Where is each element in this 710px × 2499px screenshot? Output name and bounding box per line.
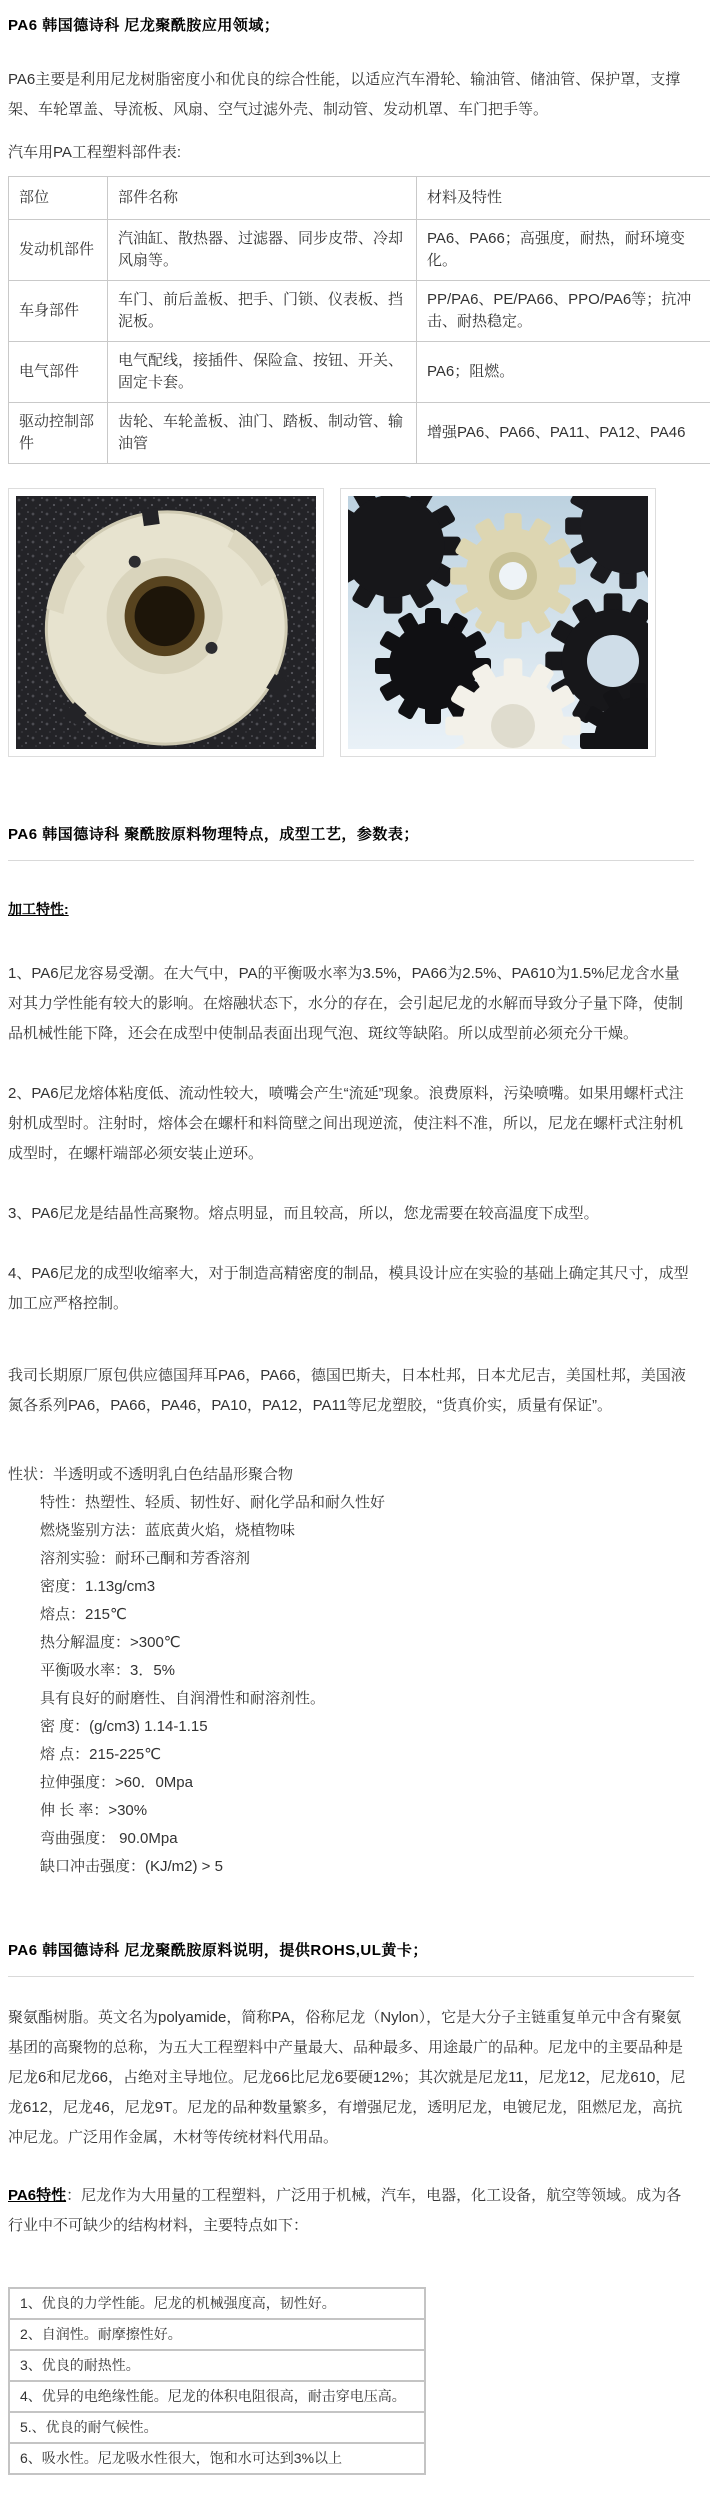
- processing-paragraph: 4、PA6尼龙的成型收缩率大，对于制造高精密度的制品，模具设计应在实验的基础上确…: [8, 1259, 694, 1319]
- product-photos: [8, 488, 694, 757]
- cell-name: 车门、前后盖板、把手、门锁、仪表板、挡泥板。: [108, 281, 417, 342]
- features-intro-text: ：尼龙作为大用量的工程塑料，广泛用于机械，汽车，电器，化工设备，航空等领域。成为…: [8, 2187, 681, 2234]
- cell-part: 驱动控制部件: [9, 403, 108, 464]
- supply-note: 我司长期原厂原包供应德国拜耳PA6，PA66，德国巴斯夫，日本杜邦，日本尤尼吉，…: [8, 1361, 694, 1421]
- material-description: 聚氨酯树脂。英文名为polyamide，简称PA，俗称尼龙（Nylon），它是大…: [8, 2003, 694, 2153]
- table-header-row: 部位 部件名称 材料及特性: [9, 177, 710, 220]
- property-line: 特性：热塑性、轻质、韧性好、耐化学品和耐久性好: [8, 1489, 694, 1517]
- table-row: 驱动控制部件 齿轮、车轮盖板、油门、踏板、制动管、输油管 增强PA6、PA66、…: [9, 403, 710, 464]
- feature-cell: 5.、优良的耐气候性。: [9, 2412, 425, 2443]
- feature-row: 4、优异的电绝缘性能。尼龙的体积电阻很高，耐击穿电压高。: [9, 2381, 425, 2412]
- physical-properties-list: 性状：半透明或不透明乳白色结晶形聚合物 特性：热塑性、轻质、韧性好、耐化学品和耐…: [8, 1461, 694, 1881]
- feature-row: 6、吸水性。尼龙吸水性很大，饱和水可达到3%以上: [9, 2443, 425, 2474]
- cell-name: 电气配线，接插件、保险盒、按钮、开关、固定卡套。: [108, 342, 417, 403]
- header-cell-part: 部位: [9, 177, 108, 220]
- cell-name: 齿轮、车轮盖板、油门、踏板、制动管、输油管: [108, 403, 417, 464]
- cell-material: PP/PA6、PE/PA66、PPO/PA6等；抗冲击、耐热稳定。: [417, 281, 710, 342]
- property-line: 密度：1.13g/cm3: [8, 1573, 694, 1601]
- article-page: PA6 韩国德诗科 尼龙聚酰胺应用领域； PA6主要是利用尼龙树脂密度小和优良的…: [0, 0, 710, 2499]
- cell-part: 电气部件: [9, 342, 108, 403]
- feature-cell: 6、吸水性。尼龙吸水性很大，饱和水可达到3%以上: [9, 2443, 425, 2474]
- section3-title: PA6 韩国德诗科 尼龙聚酰胺原料说明，提供ROHS,UL黄卡；: [8, 1939, 694, 1977]
- product-photo-pulley: [8, 488, 324, 757]
- gears-photo-illustration: [348, 496, 648, 749]
- processing-paragraph: 3、PA6尼龙是结晶性高聚物。熔点明显，而且较高，所以，您龙需要在较高温度下成型…: [8, 1199, 694, 1229]
- feature-row: 5.、优良的耐气候性。: [9, 2412, 425, 2443]
- intro-paragraph: PA6主要是利用尼龙树脂密度小和优良的综合性能，以适应汽车滑轮、输油管、储油管、…: [8, 65, 694, 125]
- property-line: 弯曲强度： 90.0Mpa: [8, 1825, 694, 1853]
- processing-subheading: 加工特性:: [8, 899, 694, 919]
- property-line: 平衡吸水率：3．5%: [8, 1657, 694, 1685]
- processing-paragraph: 1、PA6尼龙容易受潮。在大气中，PA的平衡吸水率为3.5%，PA66为2.5%…: [8, 959, 694, 1049]
- property-line: 具有良好的耐磨性、自润滑性和耐溶剂性。: [8, 1685, 694, 1713]
- property-line: 熔点：215℃: [8, 1601, 694, 1629]
- features-intro-paragraph: PA6特性：尼龙作为大用量的工程塑料，广泛用于机械，汽车，电器，化工设备，航空等…: [8, 2181, 694, 2241]
- property-line: 拉伸强度：>60．0Mpa: [8, 1769, 694, 1797]
- property-line: 伸 长 率：>30%: [8, 1797, 694, 1825]
- header-cell-material: 材料及特性: [417, 177, 710, 220]
- property-line: 溶剂实验：耐环己酮和芳香溶剂: [8, 1545, 694, 1573]
- cell-material: PA6、PA66；高强度，耐热，耐环境变化。: [417, 220, 710, 281]
- product-photo-gears: [340, 488, 656, 757]
- feature-cell: 2、自润性。耐摩擦性好。: [9, 2319, 425, 2350]
- header-cell-name: 部件名称: [108, 177, 417, 220]
- property-line: 缺口冲击强度：(KJ/m2) > 5: [8, 1853, 694, 1881]
- feature-cell: 1、优良的力学性能。尼龙的机械强度高，韧性好。: [9, 2288, 425, 2319]
- auto-parts-table: 部位 部件名称 材料及特性 发动机部件 汽油缸、散热器、过滤器、同步皮带、冷却风…: [8, 176, 710, 464]
- table-row: 电气部件 电气配线，接插件、保险盒、按钮、开关、固定卡套。 PA6；阻燃。: [9, 342, 710, 403]
- cell-material: 增强PA6、PA66、PA11、PA12、PA46: [417, 403, 710, 464]
- section2-title: PA6 韩国德诗科 聚酰胺原料物理特点，成型工艺，参数表；: [8, 823, 694, 861]
- cell-name: 汽油缸、散热器、过滤器、同步皮带、冷却风扇等。: [108, 220, 417, 281]
- feature-row: 3、优良的耐热性。: [9, 2350, 425, 2381]
- processing-paragraph: 2、PA6尼龙熔体粘度低、流动性较大，喷嘴会产生“流延”现象。浪费原料，污染喷嘴…: [8, 1079, 694, 1169]
- cell-material: PA6；阻燃。: [417, 342, 710, 403]
- table-row: 发动机部件 汽油缸、散热器、过滤器、同步皮带、冷却风扇等。 PA6、PA66；高…: [9, 220, 710, 281]
- parts-table-caption: 汽车用PA工程塑料部件表:: [8, 141, 694, 162]
- feature-row: 1、优良的力学性能。尼龙的机械强度高，韧性好。: [9, 2288, 425, 2319]
- property-line: 熔 点：215-225℃: [8, 1741, 694, 1769]
- cell-part: 车身部件: [9, 281, 108, 342]
- property-line: 燃烧鉴别方法：蓝底黄火焰，烧植物味: [8, 1517, 694, 1545]
- features-table: 1、优良的力学性能。尼龙的机械强度高，韧性好。 2、自润性。耐摩擦性好。 3、优…: [8, 2287, 426, 2475]
- feature-cell: 4、优异的电绝缘性能。尼龙的体积电阻很高，耐击穿电压高。: [9, 2381, 425, 2412]
- page-title: PA6 韩国德诗科 尼龙聚酰胺应用领域；: [8, 14, 694, 35]
- features-label: PA6特性: [8, 2187, 66, 2204]
- property-line: 热分解温度：>300℃: [8, 1629, 694, 1657]
- feature-row: 2、自润性。耐摩擦性好。: [9, 2319, 425, 2350]
- property-line: 性状：半透明或不透明乳白色结晶形聚合物: [8, 1461, 694, 1489]
- property-line: 密 度：(g/cm3) 1.14-1.15: [8, 1713, 694, 1741]
- feature-cell: 3、优良的耐热性。: [9, 2350, 425, 2381]
- table-row: 车身部件 车门、前后盖板、把手、门锁、仪表板、挡泥板。 PP/PA6、PE/PA…: [9, 281, 710, 342]
- cell-part: 发动机部件: [9, 220, 108, 281]
- pulley-photo-illustration: [16, 496, 316, 749]
